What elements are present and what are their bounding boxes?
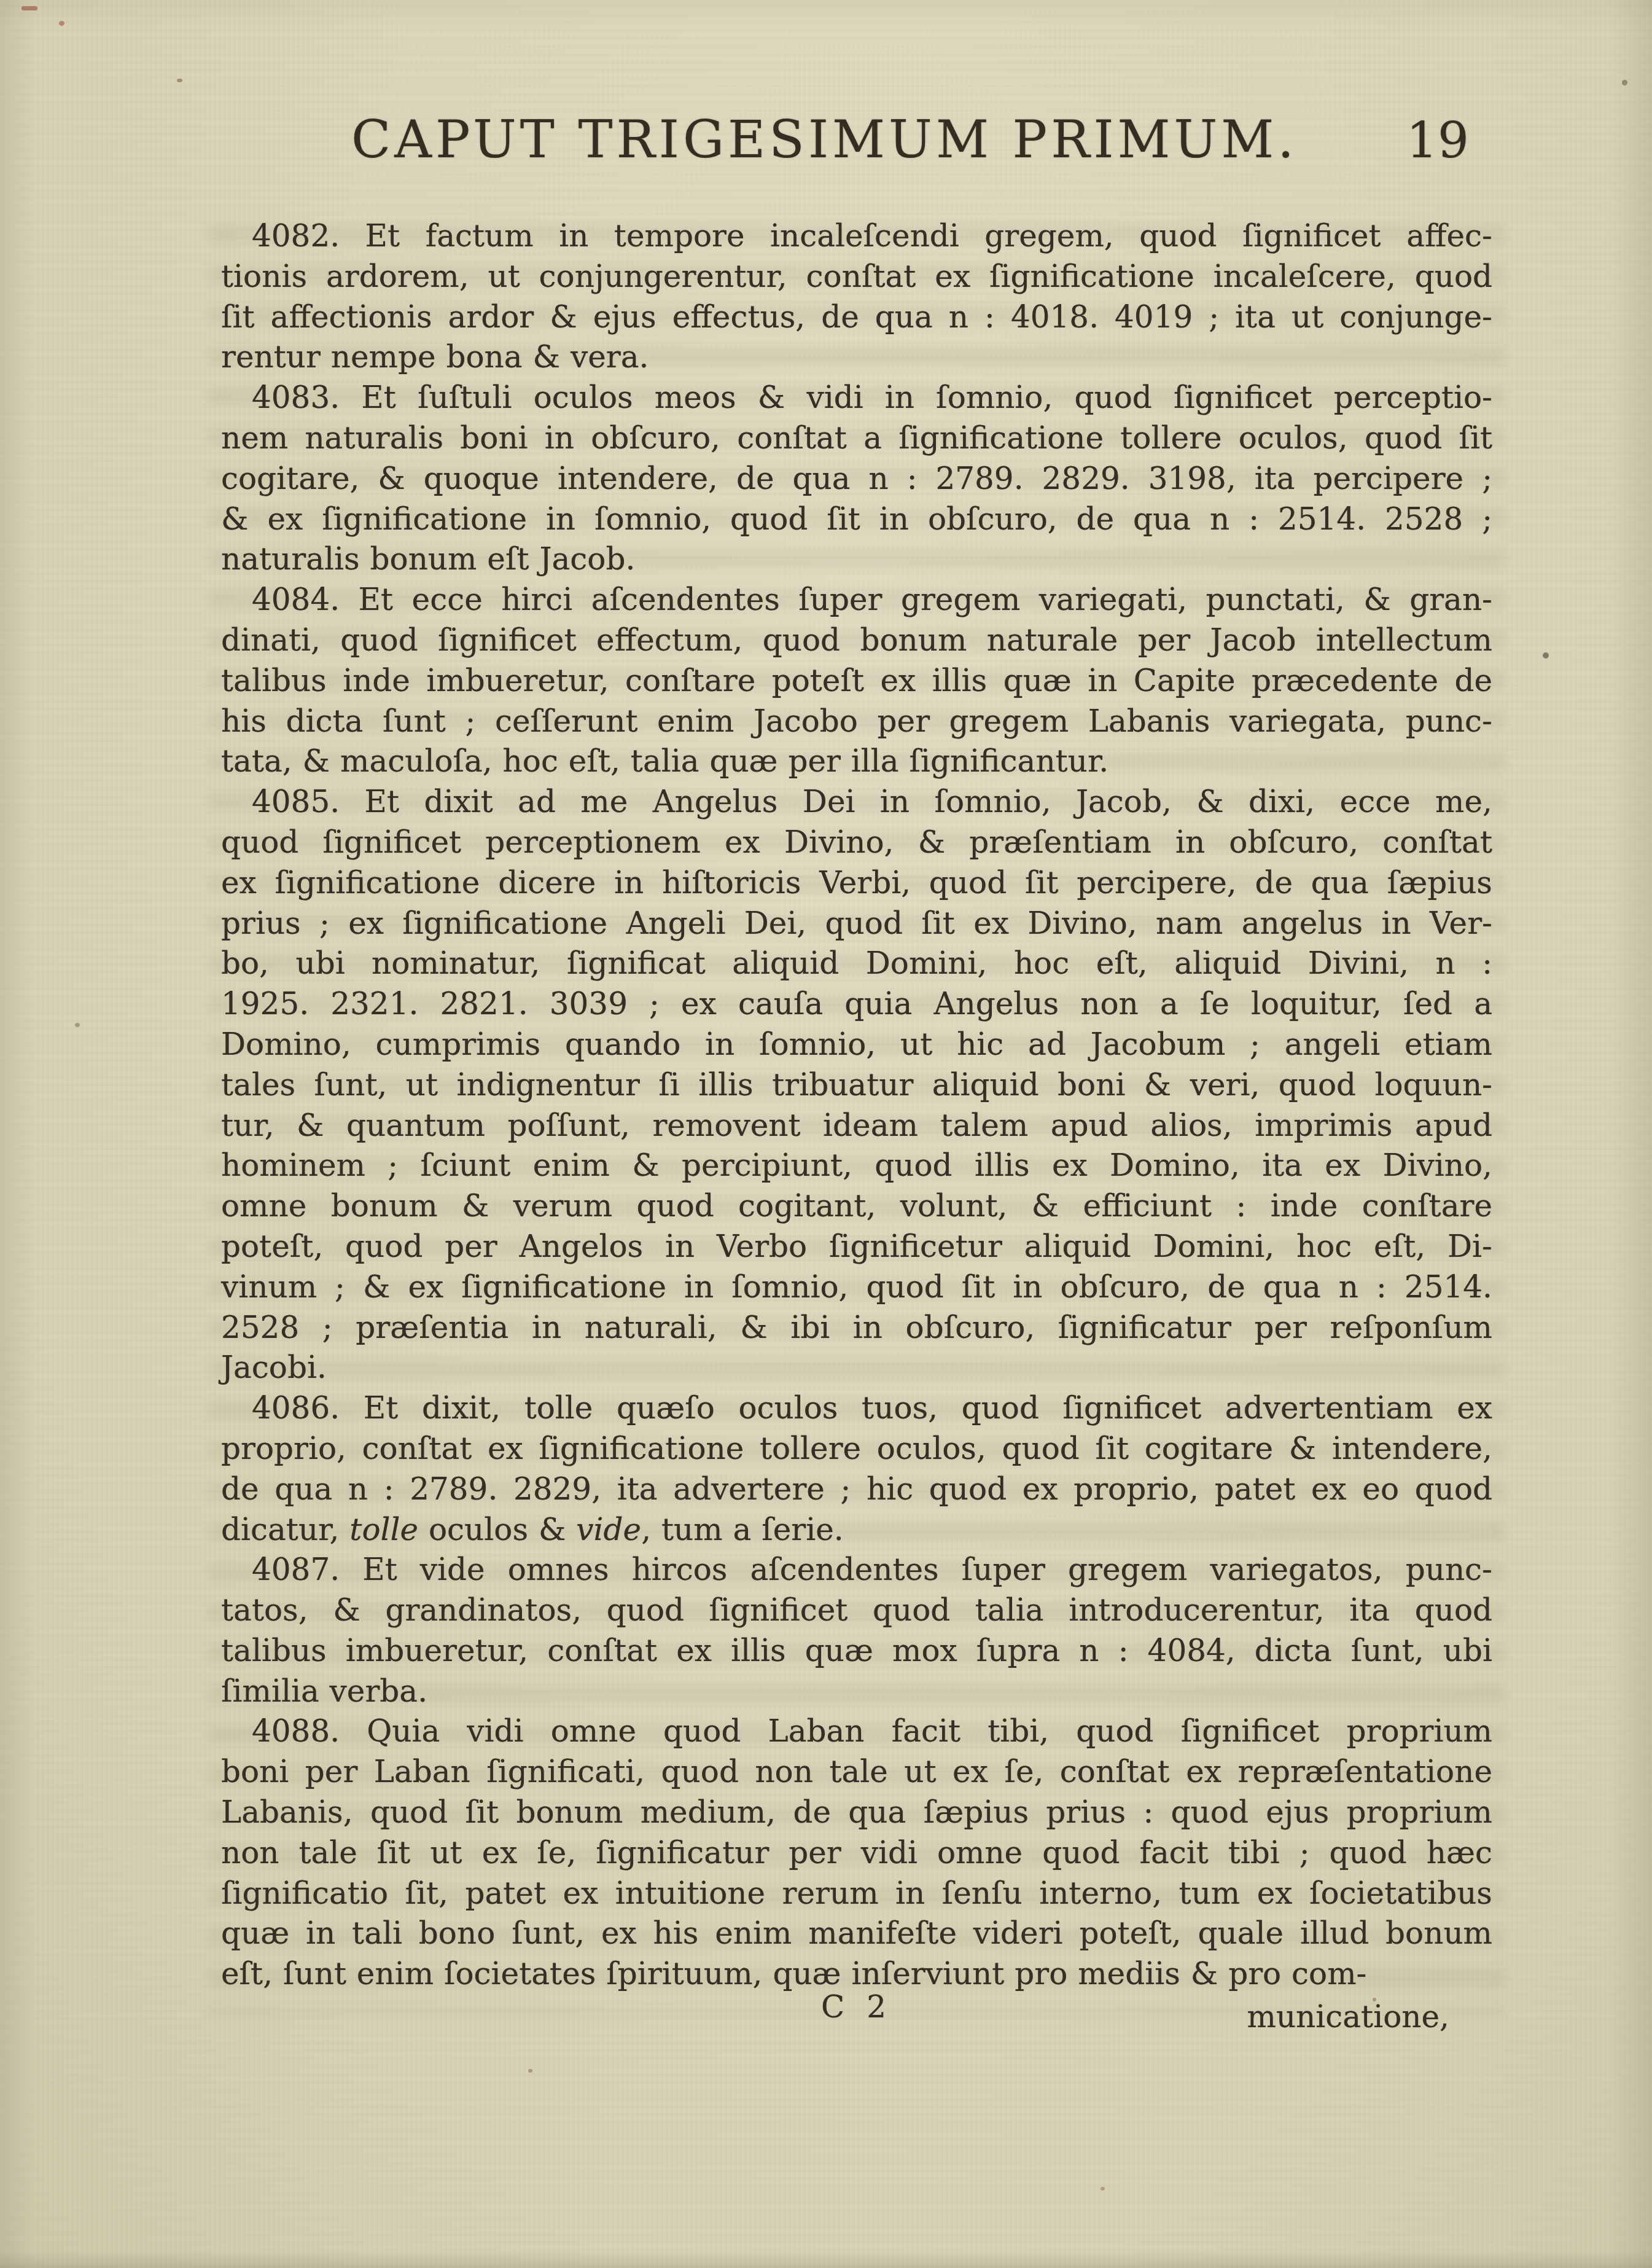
text-line: 4085. Et dixit ad me Angelus Dei in ſomn… <box>221 782 1492 823</box>
text-line: quæ in tali bono ſunt, ex his enim manif… <box>221 1914 1492 1954</box>
text-line: talibus imbueretur, conſtat ex illis quæ… <box>221 1631 1492 1672</box>
text-line: vinum ; & ex ſignificatione in ſomnio, q… <box>221 1267 1492 1308</box>
text-line: boni per Laban ſignificati, quod non tal… <box>221 1752 1492 1793</box>
text-line: tionis ardorem, ut conjungerentur, conſt… <box>221 257 1492 297</box>
text-line: quod ſignificet perceptionem ex Divino, … <box>221 823 1492 863</box>
text-line: ſit affectionis ardor & ejus effectus, d… <box>221 297 1492 338</box>
red-ink-mark <box>59 21 64 26</box>
text-line: Jacobi. <box>221 1348 1492 1388</box>
text-line: bo, ubi nominatur, ſignificat aliquid Do… <box>221 944 1492 984</box>
page-header: CAPUT TRIGESIMUM PRIMUM. 19 <box>221 109 1492 189</box>
paper-speck <box>177 79 182 82</box>
text-line: ſignificatio ſit, patet ex intuitione re… <box>221 1874 1492 1914</box>
paragraph-4082: 4082. Et factum in tempore incaleſcendi … <box>221 216 1492 378</box>
text-line: rentur nempe bona & vera. <box>221 337 1492 378</box>
text-line: Domino, cumprimis quando in ſomnio, ut h… <box>221 1025 1492 1065</box>
paragraph-4086: 4086. Et dixit, tolle quæſo oculos tuos,… <box>221 1388 1492 1550</box>
paper-speck <box>75 1023 80 1027</box>
text-line: 2528 ; præſentia in naturali, & ibi in o… <box>221 1308 1492 1348</box>
text-line: ſimilia verba. <box>221 1672 1492 1712</box>
text-line: ex ſignificatione dicere in hiſtoricis V… <box>221 863 1492 904</box>
text-line: 4086. Et dixit, tolle quæſo oculos tuos,… <box>221 1388 1492 1429</box>
paper-speck <box>1101 2187 1105 2191</box>
paragraph-4085: 4085. Et dixit ad me Angelus Dei in ſomn… <box>221 782 1492 1388</box>
text-line: non tale ſit ut ex ſe, ſignificatur per … <box>221 1833 1492 1874</box>
paper-speck <box>528 2069 532 2073</box>
text-line: prius ; ex ſignificatione Angeli Dei, qu… <box>221 904 1492 944</box>
text-block: 4082. Et factum in tempore incaleſcendi … <box>221 216 1492 1995</box>
red-ink-mark <box>21 6 37 10</box>
text-line: 4088. Quia vidi omne quod Laban facit ti… <box>221 1711 1492 1752</box>
text-line: tales ſunt, ut indignentur ſi illis trib… <box>221 1065 1492 1106</box>
text-line: talibus inde imbueretur, conſtare poteſt… <box>221 661 1492 702</box>
paragraph-4083: 4083. Et ſuſtuli oculos meos & vidi in ſ… <box>221 378 1492 580</box>
paragraph-4088: 4088. Quia vidi omne quod Laban facit ti… <box>221 1711 1492 1995</box>
page-number: 19 <box>1406 112 1469 169</box>
page-footer: C 2 municatione, <box>221 1989 1492 2057</box>
text-line: his dicta ſunt ; ceſſerunt enim Jacobo p… <box>221 702 1492 742</box>
text-line: 4087. Et vide omnes hircos aſcendentes ſ… <box>221 1550 1492 1590</box>
text-line: Labanis, quod ſit bonum medium, de qua ſ… <box>221 1793 1492 1833</box>
text-line: tata, & maculoſa, hoc eſt, talia quæ per… <box>221 741 1492 782</box>
text-line: hominem ; ſciunt enim & percipiunt, quod… <box>221 1146 1492 1186</box>
paper-speck <box>1543 652 1549 659</box>
paragraph-4087: 4087. Et vide omnes hircos aſcendentes ſ… <box>221 1550 1492 1711</box>
text-line: poteſt, quod per Angelos in Verbo ſignif… <box>221 1227 1492 1267</box>
text-line: dinati, quod ſignificet effectum, quod b… <box>221 620 1492 661</box>
text-line: naturalis bonum eſt Jacob. <box>221 539 1492 580</box>
text-line: de qua n : 2789. 2829, ita advertere ; h… <box>221 1469 1492 1510</box>
text-line: 4084. Et ecce hirci aſcendentes ſuper gr… <box>221 580 1492 620</box>
text-line: proprio, conſtat ex ſignificatione tolle… <box>221 1429 1492 1469</box>
text-line: tur, & quantum poſſunt, removent ideam t… <box>221 1106 1492 1146</box>
catchword: municatione, <box>1247 1999 1450 2035</box>
text-line: dicatur, tolle oculos & vide, tum a ſeri… <box>221 1510 1492 1550</box>
book-page-scan: CAPUT TRIGESIMUM PRIMUM. 19 4082. Et fac… <box>0 0 1652 2268</box>
text-line: & ex ſignificatione in ſomnio, quod ſit … <box>221 499 1492 540</box>
chapter-title: CAPUT TRIGESIMUM PRIMUM. <box>351 109 1298 170</box>
paragraph-4084: 4084. Et ecce hirci aſcendentes ſuper gr… <box>221 580 1492 782</box>
paper-speck <box>1622 80 1627 85</box>
text-line: omne bonum & verum quod cogitant, volunt… <box>221 1186 1492 1227</box>
text-line: 4083. Et ſuſtuli oculos meos & vidi in ſ… <box>221 378 1492 418</box>
text-line: tatos, & grandinatos, quod ſignificet qu… <box>221 1590 1492 1631</box>
text-line: 1925. 2321. 2821. 3039 ; ex cauſa quia A… <box>221 984 1492 1025</box>
text-line: nem naturalis boni in obſcuro, conſtat a… <box>221 418 1492 459</box>
text-line: cogitare, & quoque intendere, de qua n :… <box>221 459 1492 499</box>
text-line: 4082. Et factum in tempore incaleſcendi … <box>221 216 1492 257</box>
